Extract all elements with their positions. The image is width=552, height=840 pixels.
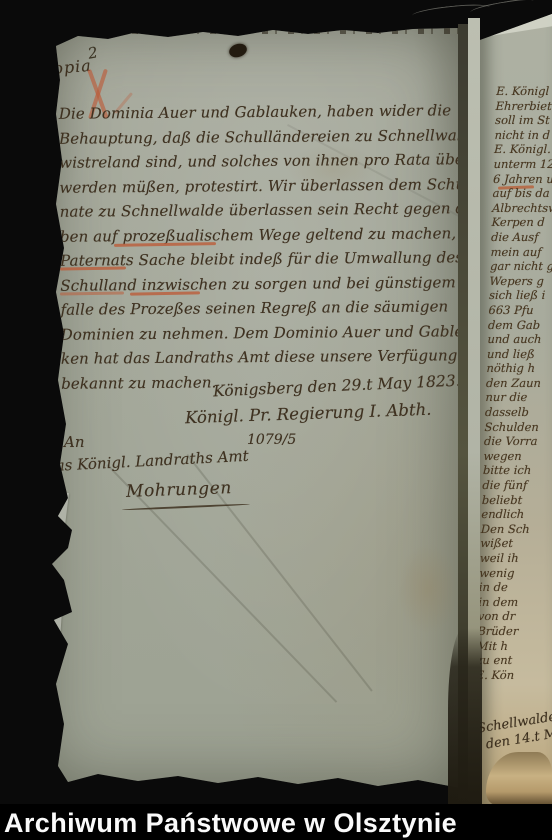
file-number: 1079/5 [247, 432, 296, 448]
next-page-line: E. Königl [496, 84, 552, 99]
next-page-line: Mit h [480, 639, 552, 654]
next-page-line: E. Kön [480, 668, 552, 683]
next-page: E. Königl Ehrerbietigst soll im St nicht… [480, 0, 552, 805]
next-page-line: Ehrerbietigst [495, 99, 552, 114]
body-line: wistreland sind, und solches von ihnen p… [59, 147, 461, 175]
next-page-line: endlich [481, 507, 552, 522]
torn-edge-flap [46, 580, 64, 643]
next-page-line: wegen [483, 449, 552, 464]
next-page-line: in de [480, 580, 552, 595]
photo-of-archival-document: Copia 2 Die Dominia Auer und Gablauken, … [0, 0, 552, 840]
body-line: falle des Prozeßes seinen Regreß an die … [60, 294, 462, 322]
next-page-line: nöthig h [486, 361, 552, 376]
next-page-line: dasselb [485, 405, 552, 420]
next-page-line: nicht in d [494, 128, 552, 143]
next-page-line: gar nicht g [490, 259, 552, 274]
next-page-line: und ließ [487, 347, 552, 362]
next-page-line: Albrechtswa [492, 201, 552, 216]
next-page-line: soll im St [495, 113, 552, 128]
next-page-line: und auch [487, 332, 552, 347]
archive-caption: Archiwum Państwowe w Olsztynie [4, 808, 457, 839]
next-page-line: auf bis da [492, 186, 552, 201]
next-page-line: beliebt [482, 493, 552, 508]
signature-line: Königl. Pr. Regierung I. Abth. [185, 400, 432, 428]
archive-caption-bar: Archiwum Państwowe w Olsztynie [0, 804, 552, 840]
next-page-line: die Vorra [484, 434, 552, 449]
body-line: Behauptung, daß die Schulländereien zu S… [59, 123, 461, 151]
document-page: Copia 2 Die Dominia Auer und Gablauken, … [38, 24, 460, 788]
next-page-line: weil ih [480, 551, 552, 566]
place-name: Mohrungen [126, 478, 233, 502]
page-edge-highlight [470, 0, 535, 16]
copia-label: Copia [39, 56, 92, 79]
body-line: werden müßen, protestirt. Wir überlassen… [59, 172, 461, 200]
next-page-line: die Ausf [491, 230, 552, 245]
next-page-line: zu ent [480, 653, 552, 668]
next-page-line: nur die [485, 390, 552, 405]
corner-numeral: 2 [87, 43, 100, 62]
torn-edge-flap [47, 491, 69, 543]
next-page-line: Wepers g [489, 274, 552, 289]
next-page-line: mein auf [490, 245, 552, 260]
next-page-line: den Zaun [486, 376, 552, 391]
next-page-line: von dr [480, 609, 552, 624]
next-page-line: wißet [480, 536, 552, 551]
next-page-line: Brüder [480, 624, 552, 639]
next-page-text: E. Königl Ehrerbietigst soll im St nicht… [480, 84, 552, 682]
next-page-line: in dem [480, 595, 552, 610]
body-text: Die Dominia Auer und Gablauken, haben wi… [59, 98, 464, 395]
address-salutation: An [64, 433, 85, 451]
next-page-line: 6 Jahren u [493, 172, 552, 187]
next-page-line: Schulden [484, 420, 552, 435]
next-page-line: die fünf [482, 478, 552, 493]
marginal-note: Schellwalde den 14.t Mai 18 [480, 704, 552, 755]
body-line: Dominien zu nehmen. Dem Dominio Auer und… [61, 319, 463, 347]
next-page-line: sich ließ i [489, 288, 552, 303]
body-line: Die Dominia Auer und Gablauken, haben wi… [59, 98, 461, 126]
next-page-line: unterm 12 Ap [493, 157, 552, 172]
next-page-line: Kerpen d [491, 215, 552, 230]
next-page-line: bitte ich [483, 463, 552, 478]
next-page-line: dem Gab [488, 318, 552, 333]
ink-blot [227, 42, 248, 60]
next-page-line: E. Königl. P [494, 142, 552, 157]
body-line: ken hat das Landraths Amt diese unsere V… [61, 343, 463, 371]
next-page-line: wenig [480, 566, 552, 581]
paper-stain [398, 544, 458, 634]
next-page-line: Den Sch [481, 522, 552, 537]
gutter-shadow-bottom [448, 628, 482, 805]
torn-top-edge [54, 27, 460, 34]
next-page-line: 663 Pfu [488, 303, 552, 318]
body-line: nate zu Schnellwalde überlassen sein Rec… [60, 196, 462, 224]
